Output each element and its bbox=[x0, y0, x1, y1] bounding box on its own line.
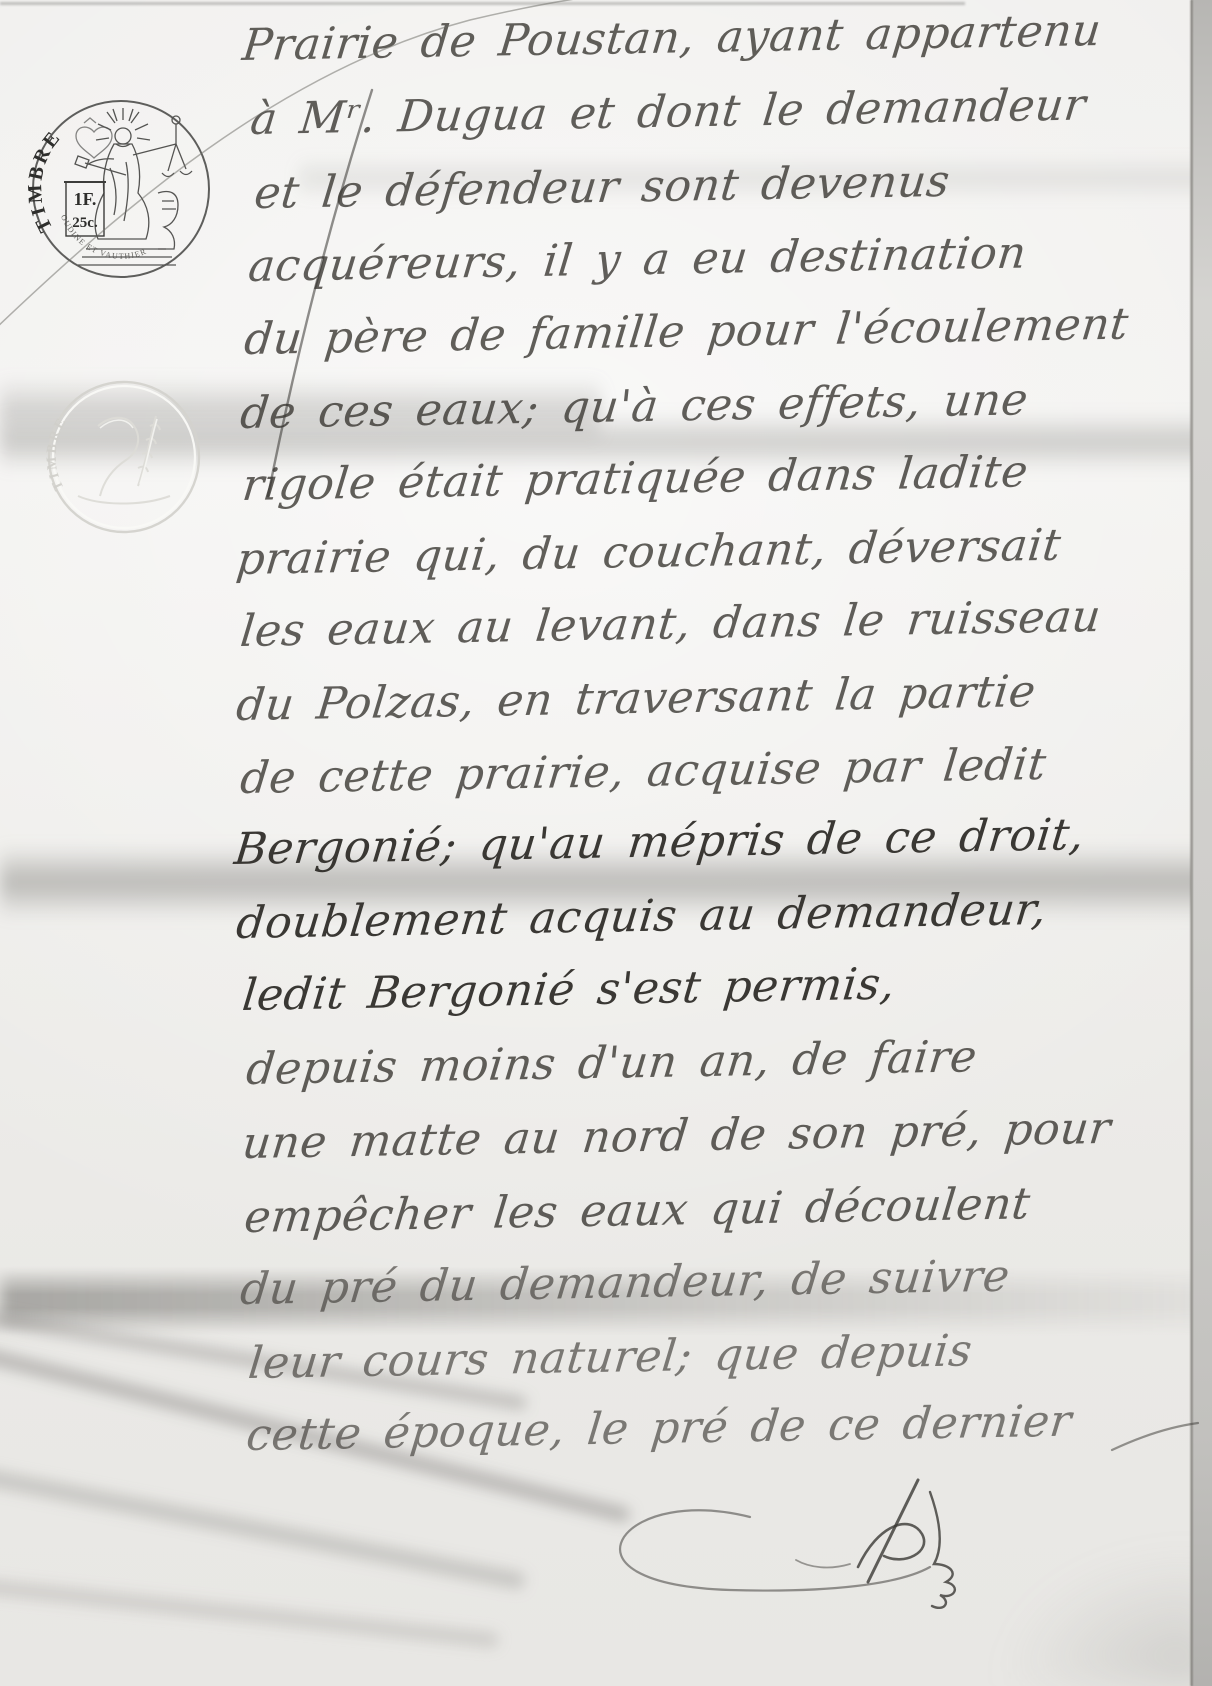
stamp-centime-value: 25c. bbox=[72, 215, 98, 231]
stamp-franc-value: 1F. bbox=[74, 189, 97, 209]
embossed-seal: TIMBRE bbox=[38, 374, 210, 542]
stamp-timbre-label: TIMBRE bbox=[25, 126, 66, 236]
scanned-manuscript-page: { "manuscript": { "lines": [ "Prairie de… bbox=[0, 0, 1212, 1686]
svg-text:TIMBRE: TIMBRE bbox=[25, 126, 66, 236]
revenue-stamp: 1F. 25c. TIMBRE OUDINE ET VAUTHIER bbox=[25, 96, 217, 286]
signature-paraph bbox=[600, 1462, 1040, 1632]
